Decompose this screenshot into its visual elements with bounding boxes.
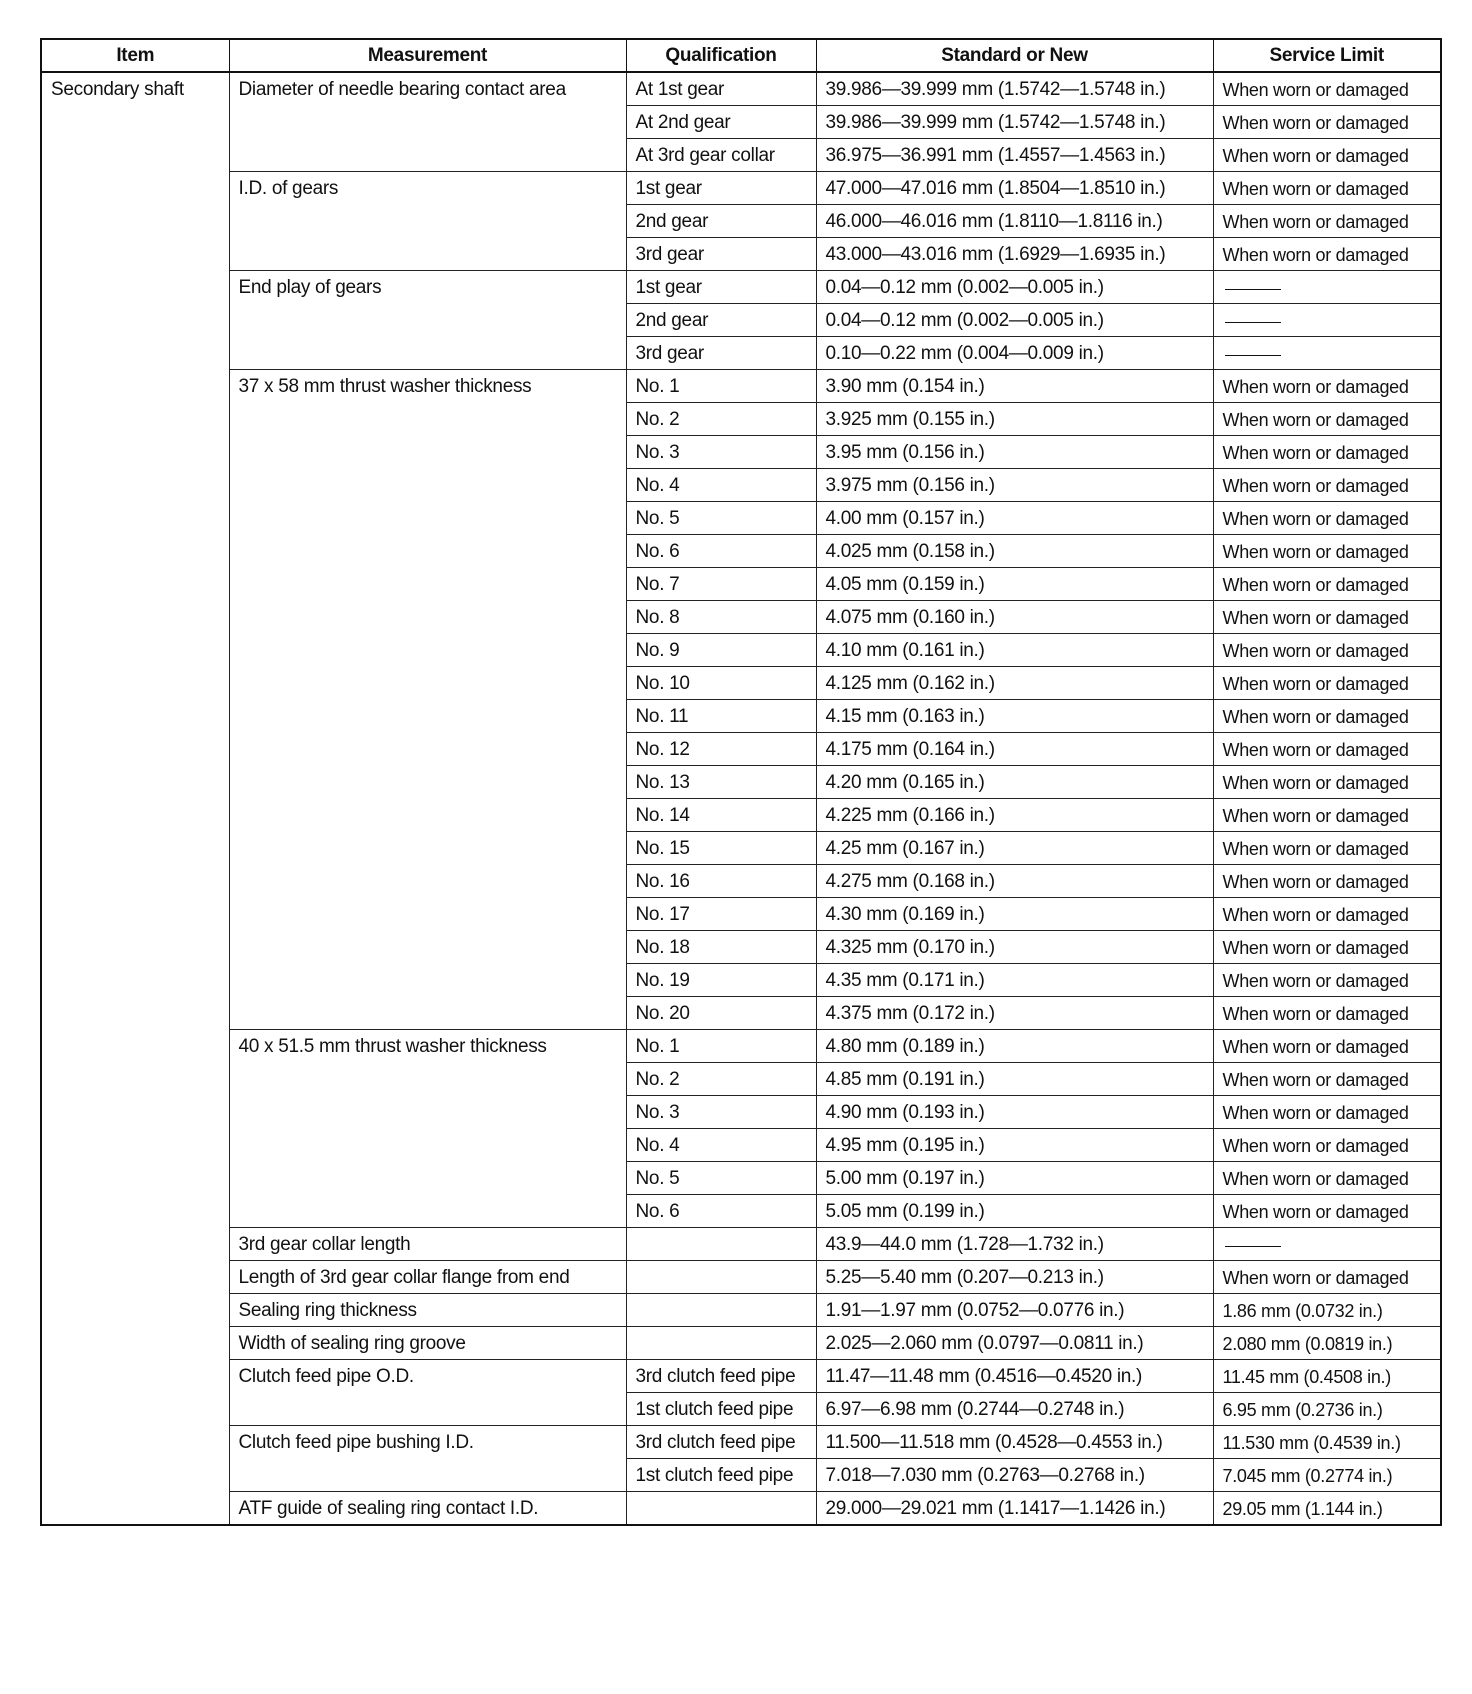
measurement-cell: ATF guide of sealing ring contact I.D. (229, 1492, 626, 1526)
standard-cell: 4.90 mm (0.193 in.) (816, 1096, 1213, 1129)
service-limit-cell: 6.95 mm (0.2736 in.) (1213, 1393, 1441, 1426)
measurement-cell: End play of gears (229, 271, 626, 370)
measurement-cell: Clutch feed pipe O.D. (229, 1360, 626, 1426)
qualification-cell: No. 6 (626, 535, 816, 568)
standard-cell: 4.25 mm (0.167 in.) (816, 832, 1213, 865)
qualification-cell: No. 9 (626, 634, 816, 667)
standard-cell: 6.97—6.98 mm (0.2744—0.2748 in.) (816, 1393, 1213, 1426)
qualification-cell: No. 1 (626, 1030, 816, 1063)
service-limit-cell: When worn or damaged (1213, 1195, 1441, 1228)
specification-table: Item Measurement Qualification Standard … (40, 38, 1442, 1526)
service-limit-cell: When worn or damaged (1213, 106, 1441, 139)
standard-cell: 43.9—44.0 mm (1.728—1.732 in.) (816, 1228, 1213, 1261)
service-limit-cell: When worn or damaged (1213, 997, 1441, 1030)
service-limit-cell: 11.45 mm (0.4508 in.) (1213, 1360, 1441, 1393)
service-limit-cell: When worn or damaged (1213, 964, 1441, 997)
standard-cell: 4.30 mm (0.169 in.) (816, 898, 1213, 931)
standard-cell: 4.95 mm (0.195 in.) (816, 1129, 1213, 1162)
table-row: ATF guide of sealing ring contact I.D.29… (41, 1492, 1441, 1526)
standard-cell: 4.375 mm (0.172 in.) (816, 997, 1213, 1030)
service-limit-cell: When worn or damaged (1213, 1162, 1441, 1195)
qualification-cell: No. 13 (626, 766, 816, 799)
standard-cell: 29.000—29.021 mm (1.1417—1.1426 in.) (816, 1492, 1213, 1526)
header-qualification: Qualification (626, 39, 816, 72)
standard-cell: 3.925 mm (0.155 in.) (816, 403, 1213, 436)
service-limit-cell: When worn or damaged (1213, 172, 1441, 205)
no-limit-dash (1225, 289, 1281, 290)
qualification-cell: At 3rd gear collar (626, 139, 816, 172)
measurement-cell: I.D. of gears (229, 172, 626, 271)
service-limit-cell: When worn or damaged (1213, 766, 1441, 799)
standard-cell: 2.025—2.060 mm (0.0797—0.0811 in.) (816, 1327, 1213, 1360)
table-row: Clutch feed pipe O.D.3rd clutch feed pip… (41, 1360, 1441, 1393)
standard-cell: 4.075 mm (0.160 in.) (816, 601, 1213, 634)
service-limit-cell (1213, 304, 1441, 337)
table-body: Secondary shaftDiameter of needle bearin… (41, 72, 1441, 1525)
measurement-cell: Width of sealing ring groove (229, 1327, 626, 1360)
service-limit-cell: When worn or damaged (1213, 1030, 1441, 1063)
measurement-cell: 37 x 58 mm thrust washer thickness (229, 370, 626, 1030)
qualification-cell: No. 2 (626, 403, 816, 436)
service-limit-cell: When worn or damaged (1213, 898, 1441, 931)
no-limit-dash (1225, 1246, 1281, 1247)
standard-cell: 4.10 mm (0.161 in.) (816, 634, 1213, 667)
service-limit-cell: When worn or damaged (1213, 139, 1441, 172)
qualification-cell: No. 8 (626, 601, 816, 634)
standard-cell: 4.325 mm (0.170 in.) (816, 931, 1213, 964)
standard-cell: 1.91—1.97 mm (0.0752—0.0776 in.) (816, 1294, 1213, 1327)
service-limit-cell: When worn or damaged (1213, 370, 1441, 403)
service-limit-cell (1213, 1228, 1441, 1261)
qualification-cell: No. 16 (626, 865, 816, 898)
qualification-cell: 2nd gear (626, 304, 816, 337)
qualification-cell (626, 1261, 816, 1294)
measurement-cell: Clutch feed pipe bushing I.D. (229, 1426, 626, 1492)
standard-cell: 39.986—39.999 mm (1.5742—1.5748 in.) (816, 72, 1213, 106)
service-limit-cell: When worn or damaged (1213, 1129, 1441, 1162)
standard-cell: 0.10—0.22 mm (0.004—0.009 in.) (816, 337, 1213, 370)
no-limit-dash (1225, 322, 1281, 323)
qualification-cell: No. 12 (626, 733, 816, 766)
table-row: I.D. of gears1st gear47.000—47.016 mm (1… (41, 172, 1441, 205)
service-limit-cell: When worn or damaged (1213, 568, 1441, 601)
no-limit-dash (1225, 355, 1281, 356)
qualification-cell: No. 7 (626, 568, 816, 601)
service-limit-cell: When worn or damaged (1213, 667, 1441, 700)
qualification-cell (626, 1492, 816, 1526)
qualification-cell: No. 2 (626, 1063, 816, 1096)
standard-cell: 5.25—5.40 mm (0.207—0.213 in.) (816, 1261, 1213, 1294)
standard-cell: 11.47—11.48 mm (0.4516—0.4520 in.) (816, 1360, 1213, 1393)
service-limit-cell: When worn or damaged (1213, 634, 1441, 667)
qualification-cell: 1st gear (626, 271, 816, 304)
qualification-cell: 3rd gear (626, 337, 816, 370)
qualification-cell: No. 15 (626, 832, 816, 865)
standard-cell: 4.20 mm (0.165 in.) (816, 766, 1213, 799)
service-limit-cell: When worn or damaged (1213, 72, 1441, 106)
qualification-cell: At 1st gear (626, 72, 816, 106)
measurement-cell: Length of 3rd gear collar flange from en… (229, 1261, 626, 1294)
item-cell: Secondary shaft (41, 72, 229, 1525)
qualification-cell: 1st clutch feed pipe (626, 1393, 816, 1426)
standard-cell: 3.90 mm (0.154 in.) (816, 370, 1213, 403)
table-row: End play of gears1st gear0.04—0.12 mm (0… (41, 271, 1441, 304)
service-limit-cell: 11.530 mm (0.4539 in.) (1213, 1426, 1441, 1459)
service-limit-cell: When worn or damaged (1213, 733, 1441, 766)
qualification-cell: No. 4 (626, 469, 816, 502)
qualification-cell (626, 1327, 816, 1360)
qualification-cell: No. 4 (626, 1129, 816, 1162)
standard-cell: 5.05 mm (0.199 in.) (816, 1195, 1213, 1228)
standard-cell: 4.15 mm (0.163 in.) (816, 700, 1213, 733)
measurement-cell: 3rd gear collar length (229, 1228, 626, 1261)
service-limit-cell: When worn or damaged (1213, 535, 1441, 568)
standard-cell: 11.500—11.518 mm (0.4528—0.4553 in.) (816, 1426, 1213, 1459)
service-limit-cell: When worn or damaged (1213, 502, 1441, 535)
standard-cell: 4.00 mm (0.157 in.) (816, 502, 1213, 535)
service-limit-cell: 2.080 mm (0.0819 in.) (1213, 1327, 1441, 1360)
standard-cell: 3.95 mm (0.156 in.) (816, 436, 1213, 469)
standard-cell: 4.025 mm (0.158 in.) (816, 535, 1213, 568)
service-limit-cell: When worn or damaged (1213, 931, 1441, 964)
measurement-cell: 40 x 51.5 mm thrust washer thickness (229, 1030, 626, 1228)
service-limit-cell: When worn or damaged (1213, 799, 1441, 832)
standard-cell: 4.275 mm (0.168 in.) (816, 865, 1213, 898)
standard-cell: 47.000—47.016 mm (1.8504—1.8510 in.) (816, 172, 1213, 205)
qualification-cell: No. 17 (626, 898, 816, 931)
service-limit-cell: 29.05 mm (1.144 in.) (1213, 1492, 1441, 1526)
service-limit-cell: 1.86 mm (0.0732 in.) (1213, 1294, 1441, 1327)
standard-cell: 39.986—39.999 mm (1.5742—1.5748 in.) (816, 106, 1213, 139)
standard-cell: 0.04—0.12 mm (0.002—0.005 in.) (816, 304, 1213, 337)
qualification-cell: No. 14 (626, 799, 816, 832)
table-row: 40 x 51.5 mm thrust washer thicknessNo. … (41, 1030, 1441, 1063)
qualification-cell: No. 1 (626, 370, 816, 403)
service-limit-cell: When worn or damaged (1213, 865, 1441, 898)
table-row: 3rd gear collar length43.9—44.0 mm (1.72… (41, 1228, 1441, 1261)
table-row: 37 x 58 mm thrust washer thicknessNo. 13… (41, 370, 1441, 403)
qualification-cell: No. 6 (626, 1195, 816, 1228)
service-limit-cell: When worn or damaged (1213, 700, 1441, 733)
qualification-cell: At 2nd gear (626, 106, 816, 139)
qualification-cell: No. 19 (626, 964, 816, 997)
qualification-cell: 2nd gear (626, 205, 816, 238)
standard-cell: 4.85 mm (0.191 in.) (816, 1063, 1213, 1096)
service-limit-cell: When worn or damaged (1213, 469, 1441, 502)
qualification-cell: 1st clutch feed pipe (626, 1459, 816, 1492)
table-row: Secondary shaftDiameter of needle bearin… (41, 72, 1441, 106)
header-measurement: Measurement (229, 39, 626, 72)
table-row: Length of 3rd gear collar flange from en… (41, 1261, 1441, 1294)
service-limit-cell: When worn or damaged (1213, 205, 1441, 238)
service-limit-cell: When worn or damaged (1213, 832, 1441, 865)
standard-cell: 4.80 mm (0.189 in.) (816, 1030, 1213, 1063)
service-limit-cell: When worn or damaged (1213, 1063, 1441, 1096)
qualification-cell: No. 3 (626, 436, 816, 469)
qualification-cell: 3rd clutch feed pipe (626, 1426, 816, 1459)
standard-cell: 4.225 mm (0.166 in.) (816, 799, 1213, 832)
qualification-cell: No. 18 (626, 931, 816, 964)
qualification-cell: No. 5 (626, 1162, 816, 1195)
service-limit-cell: When worn or damaged (1213, 403, 1441, 436)
standard-cell: 36.975—36.991 mm (1.4557—1.4563 in.) (816, 139, 1213, 172)
header-service-limit: Service Limit (1213, 39, 1441, 72)
measurement-cell: Sealing ring thickness (229, 1294, 626, 1327)
qualification-cell: No. 5 (626, 502, 816, 535)
measurement-cell: Diameter of needle bearing contact area (229, 72, 626, 172)
qualification-cell: No. 10 (626, 667, 816, 700)
standard-cell: 4.05 mm (0.159 in.) (816, 568, 1213, 601)
service-limit-cell: When worn or damaged (1213, 1096, 1441, 1129)
service-limit-cell: 7.045 mm (0.2774 in.) (1213, 1459, 1441, 1492)
header-item: Item (41, 39, 229, 72)
service-limit-cell: When worn or damaged (1213, 1261, 1441, 1294)
qualification-cell (626, 1228, 816, 1261)
service-limit-cell (1213, 337, 1441, 370)
standard-cell: 4.175 mm (0.164 in.) (816, 733, 1213, 766)
service-limit-cell: When worn or damaged (1213, 238, 1441, 271)
qualification-cell: No. 20 (626, 997, 816, 1030)
header-row: Item Measurement Qualification Standard … (41, 39, 1441, 72)
standard-cell: 3.975 mm (0.156 in.) (816, 469, 1213, 502)
standard-cell: 5.00 mm (0.197 in.) (816, 1162, 1213, 1195)
table-row: Width of sealing ring groove2.025—2.060 … (41, 1327, 1441, 1360)
qualification-cell: 3rd gear (626, 238, 816, 271)
standard-cell: 0.04—0.12 mm (0.002—0.005 in.) (816, 271, 1213, 304)
table-row: Sealing ring thickness1.91—1.97 mm (0.07… (41, 1294, 1441, 1327)
table-row: Clutch feed pipe bushing I.D.3rd clutch … (41, 1426, 1441, 1459)
qualification-cell (626, 1294, 816, 1327)
header-standard: Standard or New (816, 39, 1213, 72)
standard-cell: 46.000—46.016 mm (1.8110—1.8116 in.) (816, 205, 1213, 238)
service-limit-cell: When worn or damaged (1213, 601, 1441, 634)
service-limit-cell (1213, 271, 1441, 304)
qualification-cell: 1st gear (626, 172, 816, 205)
service-limit-cell: When worn or damaged (1213, 436, 1441, 469)
standard-cell: 43.000—43.016 mm (1.6929—1.6935 in.) (816, 238, 1213, 271)
qualification-cell: No. 3 (626, 1096, 816, 1129)
standard-cell: 7.018—7.030 mm (0.2763—0.2768 in.) (816, 1459, 1213, 1492)
qualification-cell: No. 11 (626, 700, 816, 733)
standard-cell: 4.125 mm (0.162 in.) (816, 667, 1213, 700)
standard-cell: 4.35 mm (0.171 in.) (816, 964, 1213, 997)
qualification-cell: 3rd clutch feed pipe (626, 1360, 816, 1393)
